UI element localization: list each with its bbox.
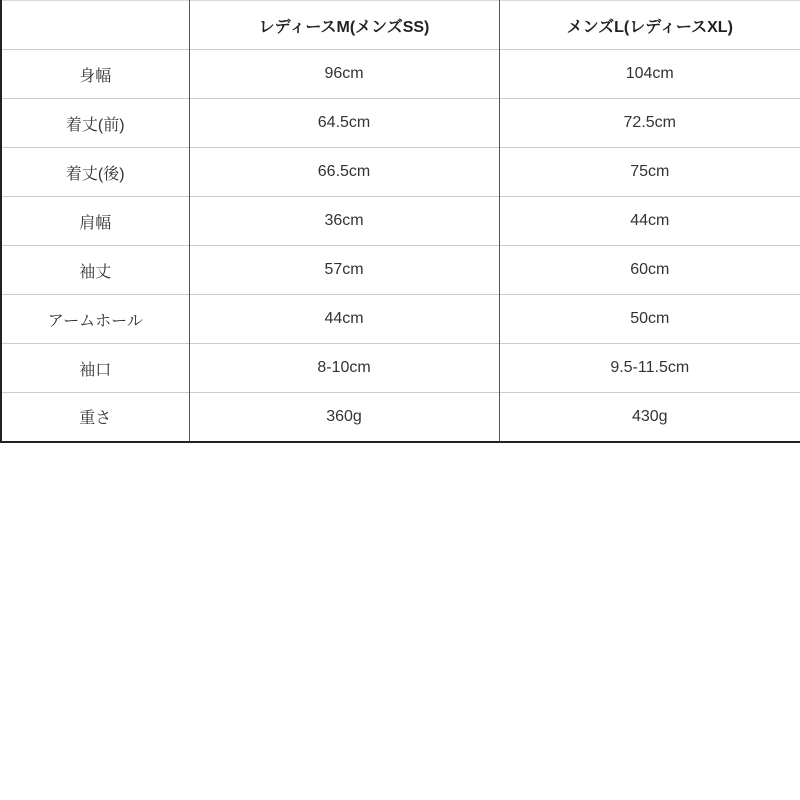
column-header-mens-l: メンズL(レディースXL): [499, 1, 800, 50]
cell-value: 8-10cm: [189, 344, 499, 393]
cell-value: 430g: [499, 393, 800, 442]
row-label: アームホール: [1, 295, 189, 344]
row-label: 袖丈: [1, 246, 189, 295]
table-row: 肩幅36cm44cm: [1, 197, 800, 246]
row-label: 袖口: [1, 344, 189, 393]
row-label: 着丈(後): [1, 148, 189, 197]
row-label: 重さ: [1, 393, 189, 442]
row-label: 着丈(前): [1, 99, 189, 148]
cell-value: 96cm: [189, 50, 499, 99]
cell-value: 44cm: [189, 295, 499, 344]
page-background: { "chart_data": { "type": "table", "titl…: [0, 0, 800, 800]
cell-value: 104cm: [499, 50, 800, 99]
cell-value: 50cm: [499, 295, 800, 344]
row-label: 肩幅: [1, 197, 189, 246]
cell-value: 60cm: [499, 246, 800, 295]
cell-value: 64.5cm: [189, 99, 499, 148]
cell-value: 75cm: [499, 148, 800, 197]
cell-value: 9.5-11.5cm: [499, 344, 800, 393]
column-header-ladies-m: レディースM(メンズSS): [189, 1, 499, 50]
table-row: 着丈(後)66.5cm75cm: [1, 148, 800, 197]
header-row: レディースM(メンズSS) メンズL(レディースXL): [1, 1, 800, 50]
cell-value: 360g: [189, 393, 499, 442]
table-row: アームホール44cm50cm: [1, 295, 800, 344]
row-label: 身幅: [1, 50, 189, 99]
table-row: 重さ360g430g: [1, 393, 800, 442]
table-row: 身幅96cm104cm: [1, 50, 800, 99]
cell-value: 72.5cm: [499, 99, 800, 148]
table-row: 着丈(前)64.5cm72.5cm: [1, 99, 800, 148]
cell-value: 44cm: [499, 197, 800, 246]
table-row: 袖丈57cm60cm: [1, 246, 800, 295]
table-row: 袖口8-10cm9.5-11.5cm: [1, 344, 800, 393]
corner-header-cell: [1, 1, 189, 50]
size-chart-table: レディースM(メンズSS) メンズL(レディースXL) 身幅96cm104cm着…: [0, 0, 800, 443]
cell-value: 66.5cm: [189, 148, 499, 197]
cell-value: 36cm: [189, 197, 499, 246]
cell-value: 57cm: [189, 246, 499, 295]
